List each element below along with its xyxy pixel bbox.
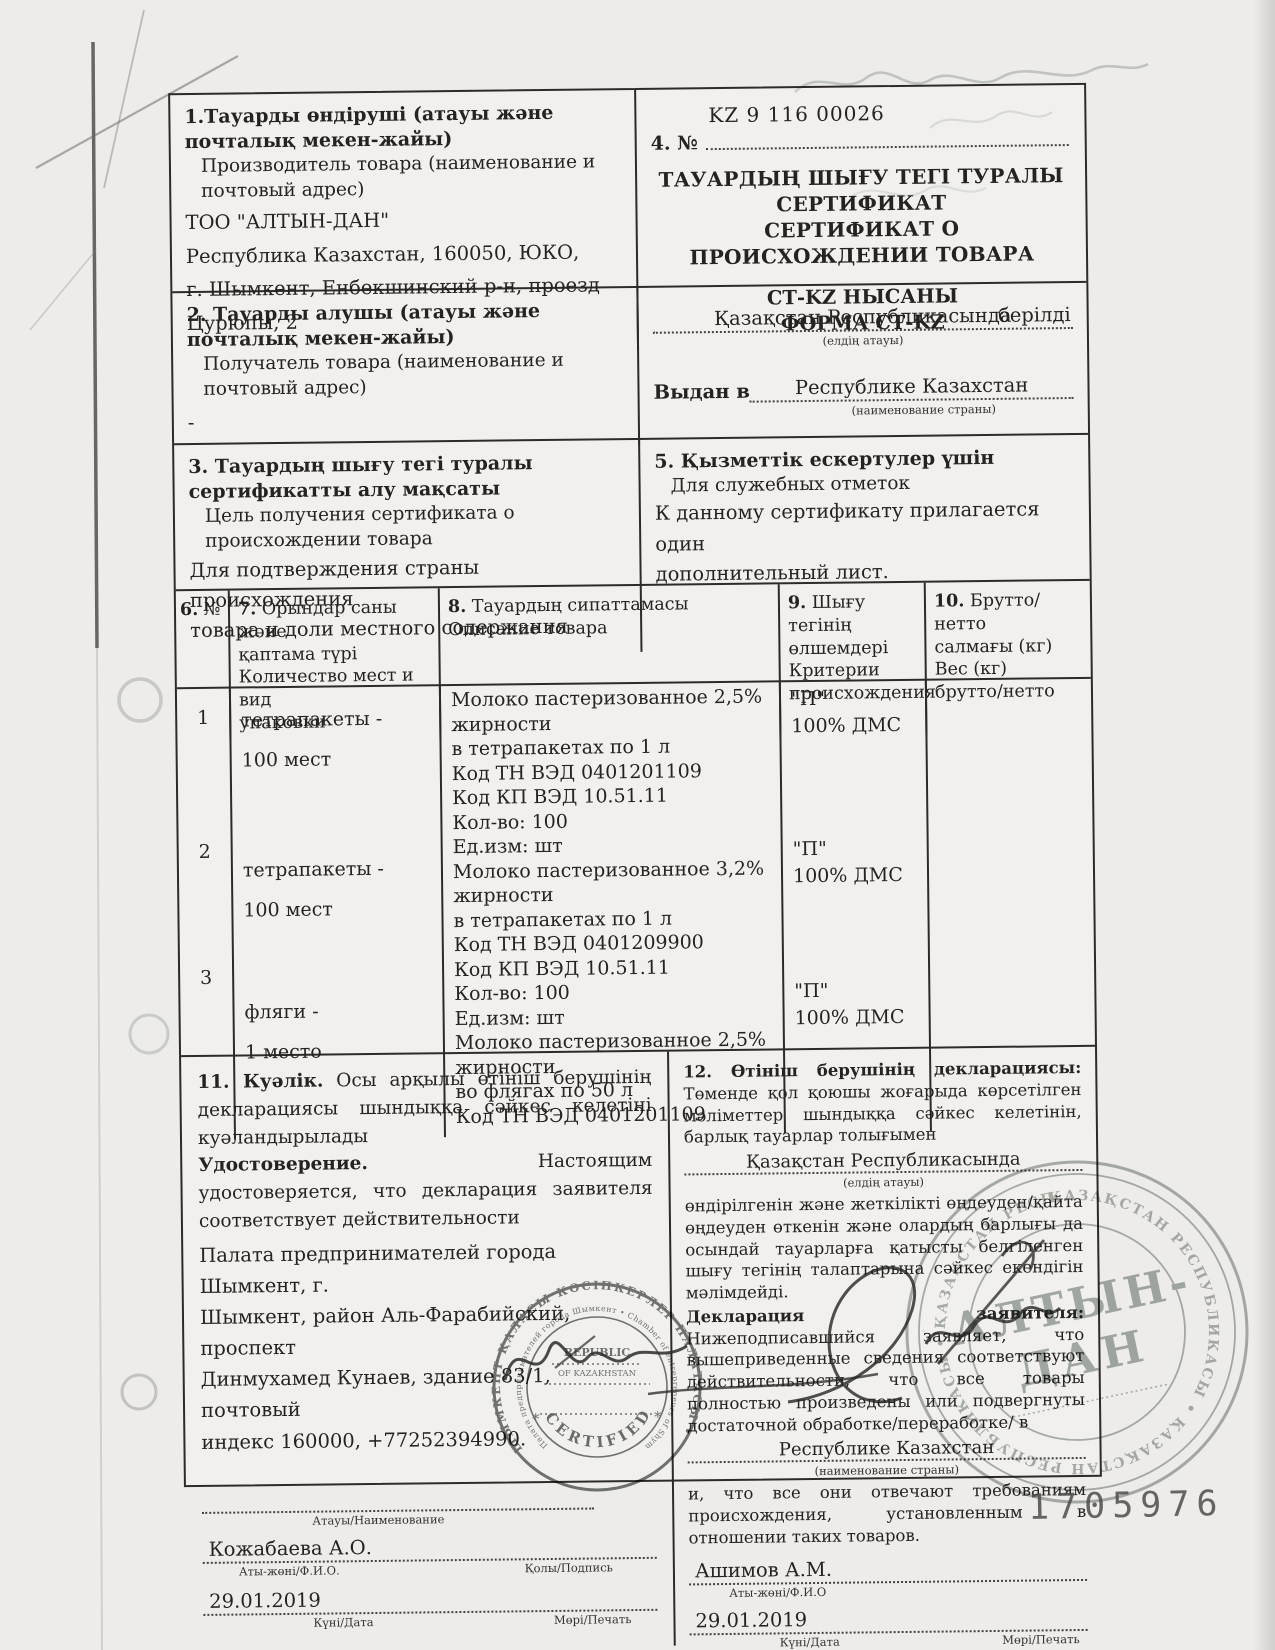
criteria-value: "П" 100% ДМС — [791, 685, 916, 740]
staple-mark-icon — [104, 10, 144, 188]
chamber-address: Палата предпринимателей города Шымкент, … — [199, 1234, 655, 1457]
issued-ru-value: Республике Казахстан — [795, 374, 1029, 400]
row-number: 3 — [180, 965, 232, 992]
fio-dotted-line: Ашимов А.М. — [689, 1555, 1087, 1586]
serial-number: 1705976 — [1028, 1484, 1225, 1528]
certificate-code: KZ 9 116 00026 — [708, 99, 1070, 127]
staple-mark-icon — [30, 250, 96, 330]
declaration-text1: Төменде қол қоюшы жоғарыда көрсетілген м… — [683, 1080, 1081, 1147]
service-notes-cell: 5. Қызметтік ескертулер үшін Для служебн… — [638, 435, 1090, 652]
issued-ru-line: Республике Казахстан — [750, 373, 1074, 403]
number-dotted-line — [706, 125, 1069, 150]
issued-kz-line: Қазақстан Республикасында берілді — [653, 303, 1073, 334]
purpose-label-kz: 3. Тауардың шығу тегі туралы сертификатт… — [188, 450, 625, 505]
date-dotted-line: 29.01.2019 — [689, 1605, 1087, 1636]
purpose-cell: 3. Тауардың шығу тегі туралы сертификатт… — [174, 440, 640, 657]
punch-hole-icon — [122, 1375, 156, 1409]
issued-ru-label: Выдан в — [653, 380, 750, 404]
producer-label-ru: Производитель товара (наименование и поч… — [185, 150, 622, 204]
attestation-cell: 11. Куәлік. Осы арқылы өтініш берушінің … — [181, 1052, 674, 1650]
date-line-label: Күні/Дата — [313, 1615, 373, 1630]
packages-value: тетрапакеты - 100 мест — [241, 698, 430, 780]
stamp-line-label: Мөрі/Печать — [1002, 1632, 1080, 1647]
country-ru-line: Республике Казахстан — [687, 1436, 1085, 1464]
producer-label-kz: 1.Тауарды өндіруші (атауы және почталық … — [184, 100, 621, 155]
date-dotted-line: 29.01.2019 — [203, 1585, 657, 1616]
criteria-value: "П" 100% ДМС — [793, 835, 918, 890]
page-edge-line — [93, 42, 97, 648]
declaration-date: 29.01.2019 — [695, 1608, 807, 1632]
name-dotted-line — [202, 1483, 594, 1513]
scanned-certificate-page: { "s1": { "label_kz": "1.Тауарды өндіруш… — [0, 0, 1275, 1650]
issued-kz-suffix: берілді — [998, 303, 1071, 327]
weight-value — [937, 687, 1081, 689]
attestation-fio: Кожабаева А.О. — [209, 1536, 373, 1561]
purpose-label-ru: Цель получения сертификата о происхожден… — [189, 500, 626, 554]
row-receiver-issued: 2. Тауарды алушы (атауы және почталық ме… — [172, 283, 1088, 445]
criteria-value: "П" 100% ДМС — [794, 977, 919, 1032]
row-number: 2 — [179, 839, 231, 866]
fio-line-label: Аты-жөні/Ф.И.О. — [239, 1563, 340, 1578]
declaration-cell: 12. Өтініш берушінің декларациясы: Төмен… — [667, 1047, 1102, 1646]
certificate-title-kz: ТАУАРДЫҢ ШЫҒУ ТЕГІ ТУРАЛЫ СЕРТИФИКАТ — [651, 162, 1072, 219]
receiver-value: - — [188, 401, 624, 439]
description-value: Молоко пастеризованное 3,2% жирности в т… — [453, 856, 773, 1031]
description-value: Молоко пастеризованное 2,5% жирности в т… — [451, 684, 771, 859]
issued-ru-note: (наименование страны) — [774, 401, 1074, 418]
row-producer-title: 1.Тауарды өндіруші (атауы және почталық … — [170, 85, 1086, 293]
certificate-title-ru: СЕРТИФИКАТ О ПРОИСХОЖДЕНИИ ТОВАРА — [652, 214, 1073, 271]
declaration-text2: өндірілгенін және жеткілікті өңдеуден/қа… — [685, 1191, 1084, 1304]
punch-hole-icon — [119, 679, 161, 721]
country-kz-note: (елдің атауы) — [684, 1173, 1082, 1192]
country-ru-note: (наименование страны) — [688, 1461, 1086, 1480]
table-body: 1 2 3 тетрапакеты - 100 мест тетрапакеты… — [177, 679, 1095, 1057]
name-line-label: Атауы/Наименование — [312, 1512, 444, 1527]
receiver-label-ru: Получатель товара (наименование и почтов… — [187, 348, 624, 402]
receiver-label-kz: 2. Тауарды алушы (атауы және почталық ме… — [187, 298, 624, 353]
issued-cell: Қазақстан Республикасында берілді (елдің… — [636, 283, 1088, 445]
fio-line-label: Аты-жөні/Ф.И.О — [729, 1585, 826, 1600]
service-value: К данному сертификату прилагается один д… — [655, 494, 1076, 589]
row-number: 1 — [177, 705, 229, 732]
fio-dotted-line: Кожабаева А.О. — [203, 1533, 657, 1564]
date-line-label: Күні/Дата — [780, 1635, 840, 1650]
page-edge-line-faint — [97, 648, 102, 1650]
attestation-date: 29.01.2019 — [209, 1588, 321, 1612]
declaration-fio: Ашимов А.М. — [695, 1558, 832, 1583]
attestation-lead-ru: Удостоверение. — [198, 1153, 368, 1176]
stamp-line-label: Мөрі/Печать — [554, 1612, 632, 1627]
punch-hole-icon — [130, 1015, 168, 1053]
sign-line-label: Қолы/Подпись — [525, 1560, 613, 1575]
issued-kz-note: (елдің атауы) — [653, 331, 1073, 350]
declaration-lead-ru: Декларация заявителя: — [686, 1303, 1084, 1327]
row-attestation-declaration: 11. Куәлік. Осы арқылы өтініш берушінің … — [181, 1047, 1102, 1650]
declaration-text3: Нижеподписавшийся заявляет, что вышеприв… — [686, 1325, 1085, 1436]
certificate-form: 1.Тауарды өндіруші (атауы және почталық … — [168, 83, 1102, 1487]
attestation-lead-kz: 11. Куәлік. — [197, 1071, 323, 1093]
packages-value: тетрапакеты - 100 мест — [243, 848, 432, 930]
declaration-lead-kz: 12. Өтініш берушінің декларациясы: — [683, 1058, 1081, 1082]
receiver-cell: 2. Тауарды алушы (атауы және почталық ме… — [172, 288, 638, 450]
country-kz-line: Қазақстан Республикасында — [684, 1148, 1082, 1176]
row-purpose-notes: 3. Тауардың шығу тегі туралы сертификатт… — [174, 435, 1090, 591]
issued-kz-value: Қазақстан Республикасында — [714, 304, 1012, 330]
certificate-number-line: 4. № — [651, 125, 1071, 155]
purpose-value: Для подтверждения страны происхождения т… — [189, 551, 626, 647]
number-label: 4. № — [651, 132, 698, 155]
